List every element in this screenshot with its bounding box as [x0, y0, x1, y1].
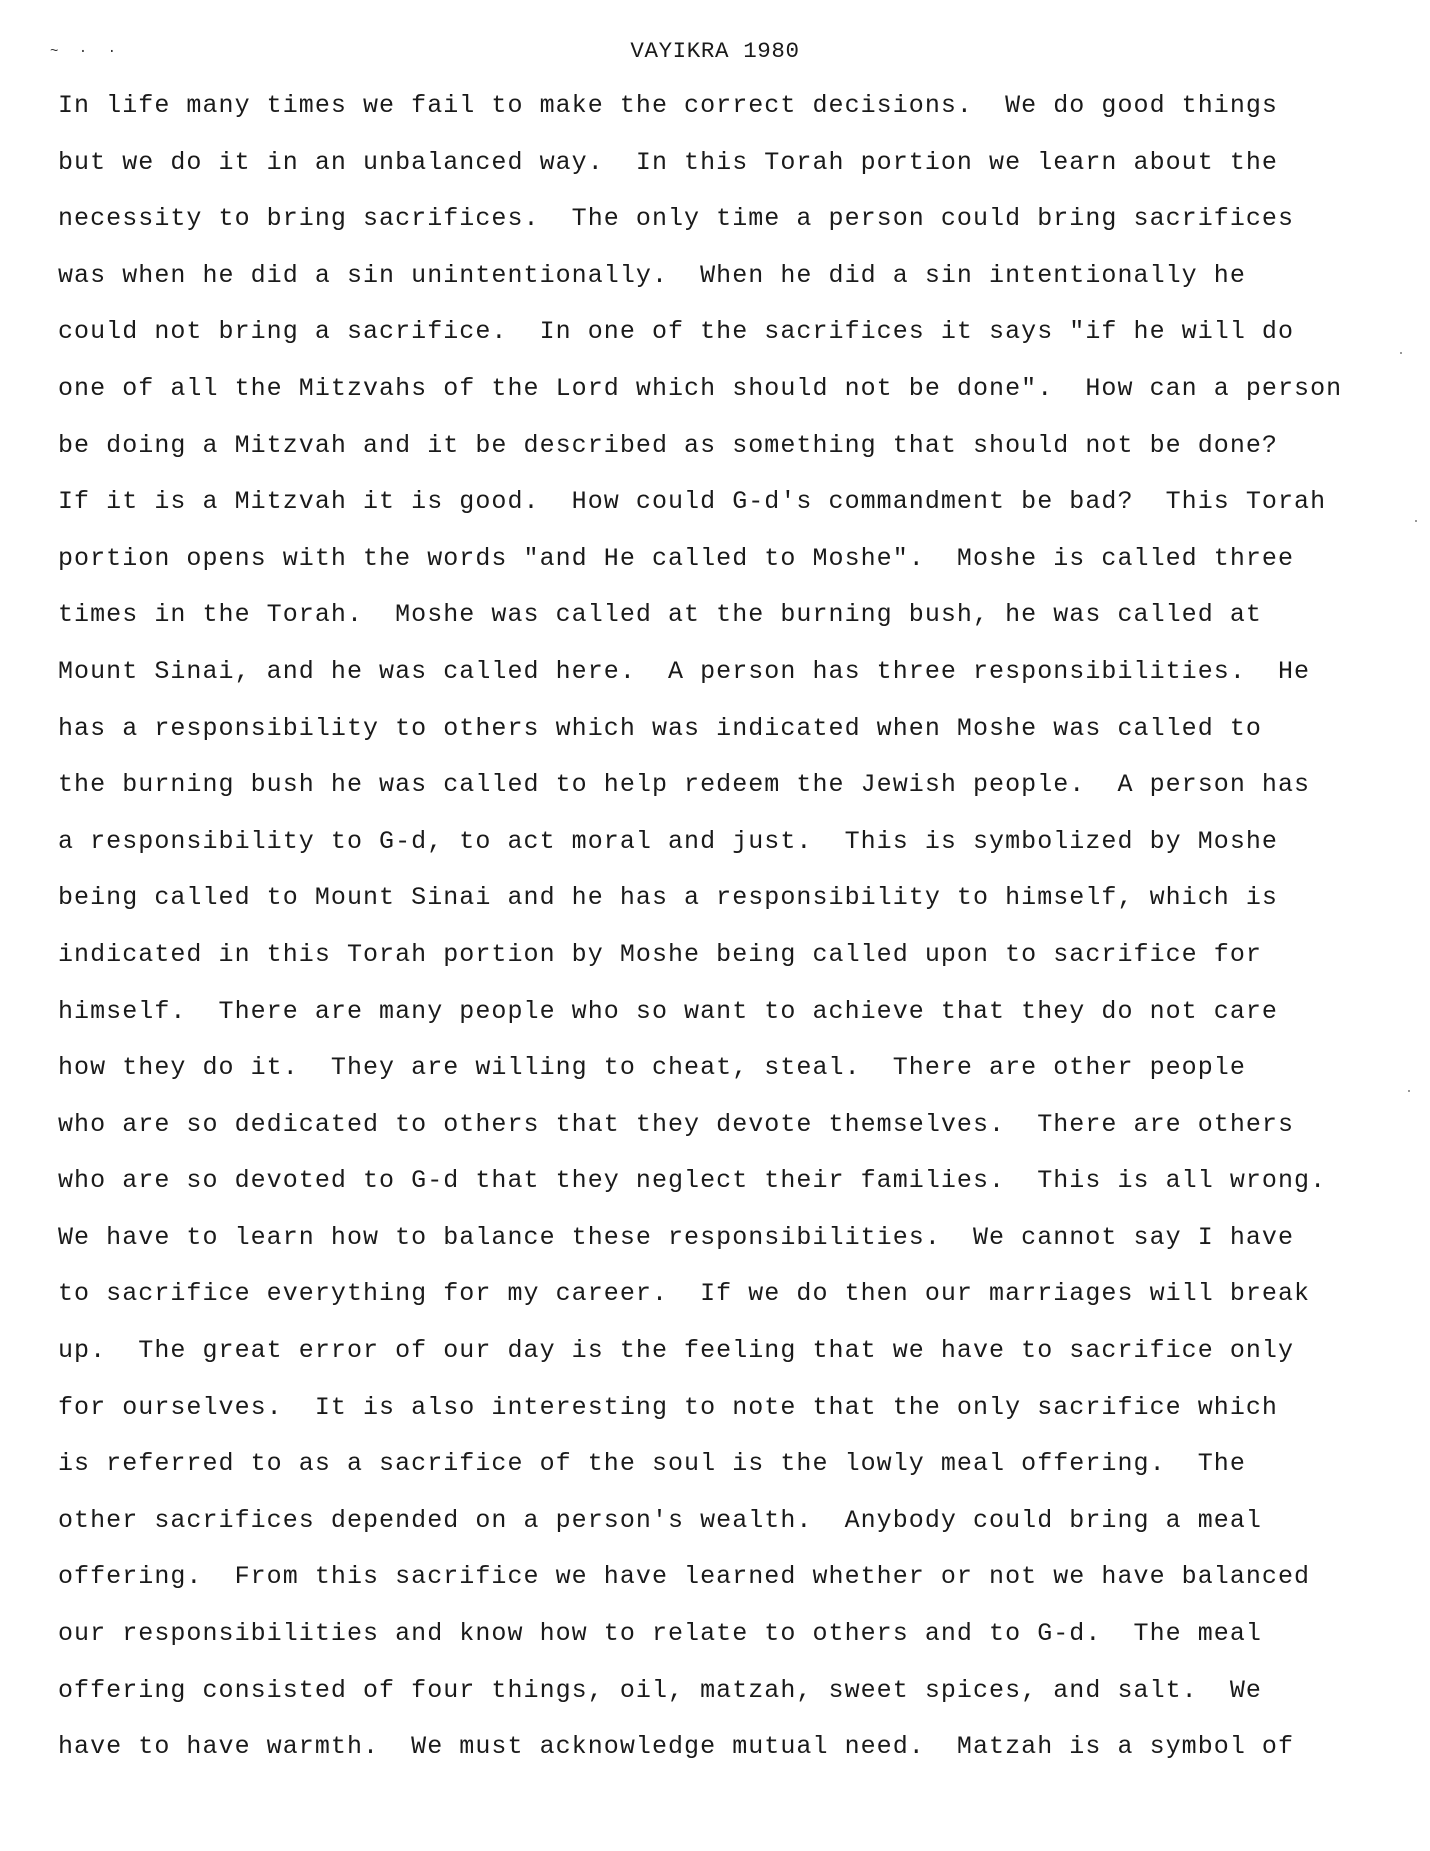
text-line: up. The great error of our day is the fe… [58, 1333, 1428, 1390]
text-line: offering. From this sacrifice we have le… [58, 1559, 1428, 1616]
text-line: but we do it in an unbalanced way. In th… [58, 145, 1428, 202]
text-line: portion opens with the words "and He cal… [58, 541, 1428, 598]
text-line: offering consisted of four things, oil, … [58, 1673, 1428, 1730]
text-line: We have to learn how to balance these re… [58, 1220, 1428, 1277]
text-line: If it is a Mitzvah it is good. How could… [58, 484, 1428, 541]
scan-speck [1408, 1090, 1410, 1092]
scan-speck [1415, 520, 1417, 522]
text-line: our responsibilities and know how to rel… [58, 1616, 1428, 1673]
text-line: himself. There are many people who so wa… [58, 994, 1428, 1051]
text-line: one of all the Mitzvahs of the Lord whic… [58, 371, 1428, 428]
page-title: VAYIKRA 1980 [0, 38, 1430, 64]
text-line: a responsibility to G-d, to act moral an… [58, 824, 1428, 881]
text-line: times in the Torah. Moshe was called at … [58, 597, 1428, 654]
text-line: was when he did a sin unintentionally. W… [58, 258, 1428, 315]
text-line: to sacrifice everything for my career. I… [58, 1276, 1428, 1333]
scan-speck [1400, 352, 1402, 354]
text-line: could not bring a sacrifice. In one of t… [58, 314, 1428, 371]
text-line: has a responsibility to others which was… [58, 711, 1428, 768]
text-line: indicated in this Torah portion by Moshe… [58, 937, 1428, 994]
text-line: other sacrifices depended on a person's … [58, 1503, 1428, 1560]
document-page: ~ · · VAYIKRA 1980 In life many times we… [0, 0, 1430, 1851]
text-line: necessity to bring sacrifices. The only … [58, 201, 1428, 258]
text-line: Mount Sinai, and he was called here. A p… [58, 654, 1428, 711]
text-line: have to have warmth. We must acknowledge… [58, 1729, 1428, 1786]
text-line: how they do it. They are willing to chea… [58, 1050, 1428, 1107]
text-line: the burning bush he was called to help r… [58, 767, 1428, 824]
text-line: who are so dedicated to others that they… [58, 1107, 1428, 1164]
text-line: is referred to as a sacrifice of the sou… [58, 1446, 1428, 1503]
text-line: who are so devoted to G-d that they negl… [58, 1163, 1428, 1220]
text-line: In life many times we fail to make the c… [58, 88, 1428, 145]
text-line: be doing a Mitzvah and it be described a… [58, 428, 1428, 485]
text-line: being called to Mount Sinai and he has a… [58, 880, 1428, 937]
text-line: for ourselves. It is also interesting to… [58, 1390, 1428, 1447]
body-text: In life many times we fail to make the c… [58, 88, 1428, 1786]
